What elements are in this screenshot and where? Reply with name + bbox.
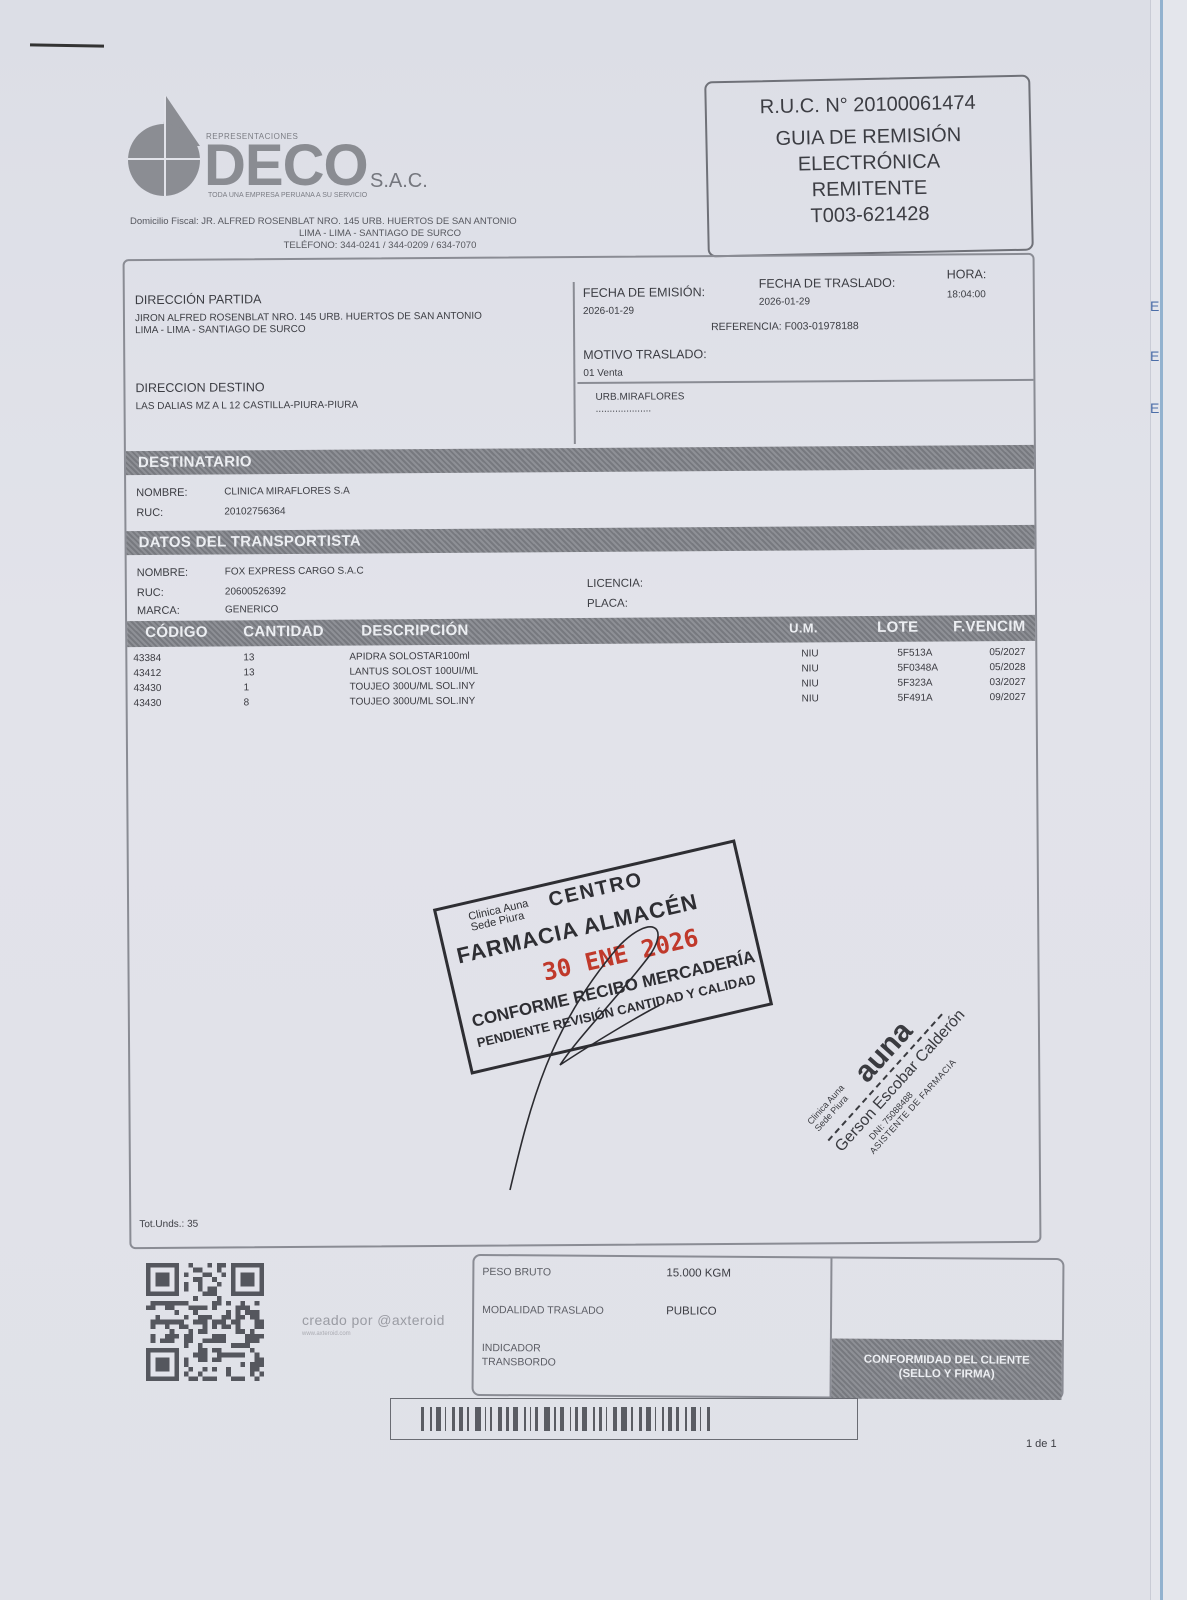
col-um: U.M. [789, 616, 818, 640]
modalidad-value: PUBLICO [666, 1305, 717, 1317]
traslado-value: 2026-01-29 [759, 296, 810, 307]
cell-lote: 5F491A [898, 693, 933, 704]
partida-line2: LIMA - LIMA - SANTIAGO DE SURCO [135, 324, 306, 336]
trans-marca-value: GENERICO [225, 604, 278, 615]
destinatario-header: DESTINATARIO [126, 445, 1034, 475]
placa-label: PLACA: [587, 598, 628, 610]
cell-descripcion: APIDRA SOLOSTAR100ml [349, 651, 469, 663]
col-cantidad: CANTIDAD [243, 620, 324, 645]
total-units: Tot.Unds.: 35 [139, 1219, 198, 1230]
dest-ruc-label: RUC: [136, 507, 163, 519]
cell-cantidad: 13 [243, 667, 254, 678]
cell-um: NIU [801, 678, 818, 689]
cell-codigo: 43430 [134, 683, 162, 694]
cell-lote: 5F323A [897, 678, 932, 689]
dest-ruc-value: 20102756364 [224, 506, 285, 517]
destino-value: LAS DALIAS MZ A L 12 CASTILLA-PIURA-PIUR… [136, 400, 359, 413]
ruc-box: R.U.C. N° 20100061474 GUIA DE REMISIÓN E… [704, 75, 1034, 258]
partida-line1: JIRON ALFRED ROSENBLAT NRO. 145 URB. HUE… [135, 311, 482, 324]
transbordo-label: TRANSBORDO [482, 1356, 556, 1369]
urb-dots: .................... [596, 404, 652, 415]
cell-cantidad: 8 [244, 697, 250, 708]
col-descripcion: DESCRIPCIÓN [361, 619, 469, 644]
trans-marca-label: MARCA: [137, 605, 180, 617]
motivo-label: MOTIVO TRASLADO: [583, 347, 707, 362]
page-number: 1 de 1 [1026, 1438, 1057, 1450]
adjacent-page-line [1160, 0, 1163, 1600]
company-logo: REPRESENTACIONES DECO S.A.C. TODA UNA EM… [128, 96, 448, 206]
handwritten-signature [500, 905, 700, 1195]
creado-por: creado por @axteroid [302, 1312, 445, 1328]
items-table-header: CÓDIGO CANTIDAD DESCRIPCIÓN U.M. LOTE F.… [127, 615, 1035, 647]
cell-lote: 5F513A [897, 648, 932, 659]
addresses-panel: DIRECCIÓN PARTIDA JIRON ALFRED ROSENBLAT… [125, 282, 576, 447]
licencia-label: LICENCIA: [587, 578, 643, 590]
indicador-label: INDICADOR [482, 1342, 541, 1354]
motivo-value: 01 Venta [583, 368, 623, 379]
qr-code [146, 1262, 264, 1382]
cell-um: NIU [801, 663, 818, 674]
modalidad-label: MODALIDAD TRASLADO [482, 1304, 604, 1317]
cell-vencim: 05/2027 [989, 647, 1025, 658]
dest-nombre-value: CLINICA MIRAFLORES S.A [224, 486, 350, 498]
shipment-summary: PESO BRUTO 15.000 KGM MODALIDAD TRASLADO… [472, 1254, 1065, 1400]
traslado-label: FECHA DE TRASLADO: [759, 276, 896, 291]
hora-label: HORA: [947, 267, 987, 281]
cell-lote: 5F0348A [897, 663, 938, 674]
cell-codigo: 43430 [134, 698, 162, 709]
barcode [390, 1398, 858, 1440]
hora-value: 18:04:00 [947, 289, 986, 300]
emision-label: FECHA DE EMISIÓN: [583, 285, 705, 300]
dest-nombre-label: NOMBRE: [136, 487, 187, 499]
trans-ruc-value: 20600526392 [225, 586, 286, 597]
ruc-number: R.U.C. N° 20100061474 [706, 89, 1028, 122]
cell-vencim: 09/2027 [990, 692, 1026, 703]
edge-letter: E [1150, 400, 1159, 416]
trans-ruc-label: RUC: [137, 587, 164, 599]
edge-letter: E [1150, 298, 1159, 314]
conformidad-cliente: CONFORMIDAD DEL CLIENTE (SELLO Y FIRMA) [832, 1338, 1062, 1400]
cell-codigo: 43412 [133, 668, 161, 679]
cell-descripcion: TOUJEO 300U/ML SOL.INY [350, 681, 476, 693]
logo-suffix: S.A.C. [370, 170, 428, 193]
cell-descripcion: TOUJEO 300U/ML SOL.INY [350, 696, 476, 708]
urb-value: URB.MIRAFLORES [595, 391, 684, 403]
trans-nombre-label: NOMBRE: [137, 567, 188, 579]
peso-label: PESO BRUTO [482, 1266, 551, 1278]
destino-label: DIRECCION DESTINO [135, 380, 264, 395]
cell-vencim: 05/2028 [989, 662, 1025, 673]
peso-value: 15.000 KGM [666, 1267, 731, 1279]
col-codigo: CÓDIGO [145, 621, 208, 645]
col-lote: LOTE [877, 616, 918, 640]
cell-cantidad: 1 [244, 682, 250, 693]
edge-letter: E [1150, 348, 1159, 364]
cell-codigo: 43384 [133, 653, 161, 664]
col-vencim: F.VENCIM [953, 615, 1026, 640]
fiscal-address: Domicilio Fiscal: JR. ALFRED ROSENBLAT N… [130, 216, 630, 252]
emision-value: 2026-01-29 [583, 306, 634, 317]
logo-slogan: TODA UNA EMPRESA PERUANA A SU SERVICIO [208, 192, 367, 199]
creado-url: www.axteroid.com [302, 1331, 351, 1337]
cell-vencim: 03/2027 [989, 677, 1025, 688]
logo-name: DECO [204, 132, 368, 199]
transportista-header: DATOS DEL TRANSPORTISTA [126, 525, 1034, 555]
trans-nombre-value: FOX EXPRESS CARGO S.A.C [225, 566, 364, 578]
referencia: REFERENCIA: F003-01978188 [711, 320, 859, 333]
adjacent-page-edge [1150, 0, 1187, 1600]
cell-um: NIU [801, 648, 818, 659]
cell-cantidad: 13 [243, 652, 254, 663]
partida-label: DIRECCIÓN PARTIDA [135, 292, 262, 307]
cell-descripcion: LANTUS SOLOST 100UI/ML [349, 666, 478, 678]
cell-um: NIU [802, 693, 819, 704]
doc-number: T003-621428 [709, 199, 1031, 232]
